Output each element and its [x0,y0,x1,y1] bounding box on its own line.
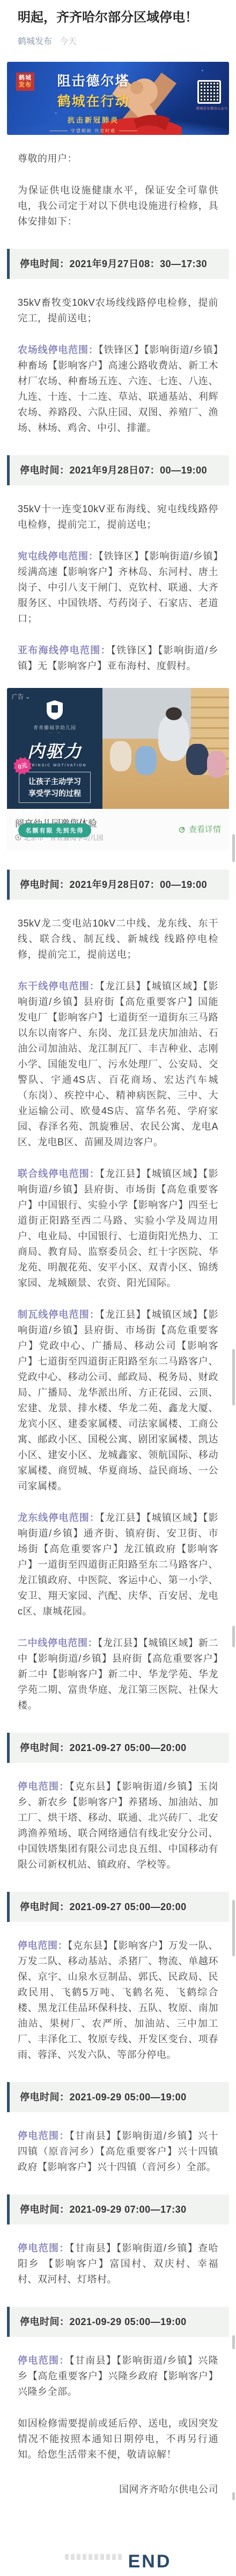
range-lead-10: 停电范围： [18,1940,68,1951]
closing-paragraph: 如因检修需要提前或延后停、送电，或因突发情况不能按照本通知日期停电，不再另行通知… [18,2416,218,2463]
outage-range-4: 东干线停电范围：【龙江县】【城镇区域】【影响街道/乡镇】县府街【高危重要客户】国… [18,979,218,1150]
outage-time-1: 停电时间：2021年9月27日08：30—17:30 [7,249,229,279]
outage-range-10: 停电范围：【克东县】【影响客户】万发一队、万发二队、移动基站、杀猪厂、物流、单越… [18,1938,218,2063]
watermark [65,2554,124,2560]
outage-time-6: 停电时间：2021-09-29 05:00—19:00 [7,2082,229,2112]
range-lead-1: 农场线停电范围： [18,345,99,355]
banner-image[interactable]: 鹤城 发布 阻击德尔塔 鹤城在行动 抗击新冠肺炎 守望相助 共克时艰 鹤城发布微… [7,62,229,135]
ad-brand-sub: — · — [7,731,102,735]
range-lead-11: 停电范围： [18,2130,70,2141]
photo-child-1 [110,741,131,771]
outage-time-8: 停电时间：2021-09-29 05:00—19:00 [7,2307,229,2337]
ad-tag[interactable]: 广告 ⌄ [12,692,30,701]
outage-range-6: 制瓦线停电范围：【龙江县】【城镇区域】【影响街道/乡镇】县府街、市场街【高危重要… [18,1307,218,1494]
range-body-6: 【龙江县】【城镇区域】【影响街道/乡镇】县府街、市场街【高危重要客户】党政中心、… [18,1309,218,1491]
outage-range-2: 宛屯线停电范围：【铁锋区】【影响街道/乡镇】绥满高速【影响客户】齐林岛、东河村、… [18,549,218,627]
photo-teacher-hair [166,707,182,720]
range-lead-4: 东干线停电范围： [18,981,100,992]
page-title: 明起，齐齐哈尔部分区域停电！ [18,9,218,27]
view-details-link[interactable]: 查看详情 [179,823,221,835]
banner-badge-line2: 发布 [19,82,32,89]
publish-time: 今天 [60,37,77,46]
range-lead-7: 龙东线停电范围： [18,1512,100,1523]
link-icon [179,826,186,833]
range-lead-8: 二中线停电范围： [18,1638,98,1648]
ad-box-line1: 让孩子主动学习 [21,776,88,787]
outage-range-11: 停电范围：【甘南县】【影响街道/乡镇】兴十四镇（原音河乡）【高危重要客户】兴十四… [18,2128,218,2175]
outage-time-2: 停电时间：2021年9月28日07：00—19:00 [7,455,229,485]
ad-image[interactable]: 广告 ⌄ 青青藤阅享幼儿园 — · — 内驱力 INTRINSIC MOTIVA… [7,688,229,809]
banner-headline-2: 鹤城在行动 [42,91,144,110]
outage-range-8: 二中线停电范围：【龙江县】【城镇区域】新二中【影响街道/乡镇】县府街【高危重要客… [18,1635,218,1713]
banner-subtitle: 抗击新冠肺炎 [42,114,144,125]
range-body-2: 【铁锋区】【影响街道/乡镇】绥满高速【影响客户】齐林岛、东河村、唐土岗子、中引八… [18,551,218,624]
ad-photo [102,688,229,809]
outage-time-5: 停电时间：2021-09-27 05:00—20:00 [7,1892,229,1922]
work-description-3: 35kV龙二变电站10kV二中线、龙东线、东干线、联合线、制瓦线、新城线 线路停… [18,916,218,963]
scrollbar-thumb[interactable] [232,2492,235,2500]
range-lead-6: 制瓦线停电范围： [18,1309,100,1320]
shield-logo-icon [46,700,64,720]
photo-teacher [158,715,189,761]
range-body-9: 【克东县】【影响街道/乡镇】玉岗乡、新农乡【影响客户】养猪场、加油站、加工厂、烘… [18,1781,218,1870]
range-lead-12: 停电范围： [18,2243,70,2254]
photo-child-4 [207,751,226,778]
end-label: END [128,2551,172,2572]
ad-brand-name: 青青藤阅享幼儿园 [7,724,102,731]
banner-badge-line1: 鹤城 [19,75,32,81]
range-body-8: 【龙江县】【城镇区域】新二中【影响街道/乡镇】县府街【高危重要客户】新二中【影响… [18,1638,218,1711]
outage-range-5: 联合线停电范围：【龙江县】【城镇区域】【影响街道/乡镇】县府街、市场街【高危重要… [18,1166,218,1291]
ad-left-panel: 广告 ⌄ 青青藤阅享幼儿园 — · — 内驱力 INTRINSIC MOTIVA… [7,688,102,809]
outage-time-7: 停电时间：2021-09-29 07:00—17:30 [7,2194,229,2225]
scrollbar-thumb[interactable] [232,1900,235,1956]
outage-range-9: 停电范围：【克东县】【影响街道/乡镇】玉岗乡、新农乡【影响客户】养猪场、加油站、… [18,1779,218,1872]
work-description-2: 35kV十一连变10kV亚布海线、宛屯线线路停电检修，提前完工，提前送电； [18,501,218,533]
range-body-7: 【龙江县】【城镇区域】【影响街道/乡镇】通齐街、镇府街、安卫街、市场街【高危重要… [18,1512,218,1617]
qr-code-icon [197,80,221,104]
range-body-5: 【龙江县】【城镇区域】【影响街道/乡镇】县府街、市场街【高危重要客户】中国银行、… [18,1168,218,1288]
ad-text-box: 让孩子主动学习 享受学习的过程 [19,772,91,803]
banner-text: 阻击德尔塔 鹤城在行动 抗击新冠肺炎 守望相助 共克时艰 [42,70,144,134]
photo-child-3 [186,744,209,775]
scrollbar-thumb[interactable] [232,834,235,862]
range-body-10: 【克东县】【影响客户】万发一队、万发二队、移动基站、杀猪厂、物流、单越环保、京宇… [18,1940,218,2060]
ad-card[interactable]: 广告 ⌄ 青青藤阅享幼儿园 — · — 内驱力 INTRINSIC MOTIVA… [7,688,229,850]
range-lead-5: 联合线停电范围： [18,1168,100,1179]
salutation: 尊敬的用户： [18,151,218,167]
range-lead-13: 停电范围： [18,2355,70,2366]
banner-qr-block: 鹤城发布微信公众号 [196,80,222,111]
outage-range-3: 亚布海线停电范围：【铁锋区】【影响街道/乡镇】无【影响客户】亚布海村、度假村。 [18,643,218,674]
banner-headline-1: 阻击德尔塔 [42,70,144,90]
ad-slogan: 体验内驱力教育的魅力 [7,807,102,818]
outage-range-1: 农场线停电范围：【铁锋区】【影响街道/乡镇】种畜场【影响客户】高速公路收费站、新… [18,342,218,436]
photo-child-2 [135,746,157,775]
article-end: END [0,2551,236,2572]
signature: 国网齐齐哈尔供电公司 [18,2482,218,2498]
byline: 鹤城发布今天 [18,34,218,47]
banner-logo-badge: 鹤城 发布 [16,73,34,91]
outage-time-4: 停电时间：2021-09-27 05:00—20:00 [7,1733,229,1763]
account-name-link[interactable]: 鹤城发布 [18,37,52,46]
outage-range-13: 停电范围：【甘南县】【影响街道/乡镇】兴隆乡【高危重要客户】兴隆乡政府【影响客户… [18,2353,218,2400]
qr-caption: 鹤城发布微信公众号 [196,106,222,111]
ad-box-line2: 享受学习的过程 [21,787,88,799]
range-lead-9: 停电范围： [18,1781,70,1792]
ad-pill-label: 名额有限 先到先得 [18,823,91,837]
outage-range-12: 停电范围：【甘南县】【影响街道/乡镇】查哈阳乡 【影响客户】富国村、双庆村、幸福… [18,2241,218,2287]
scrollbar-thumb[interactable] [232,1349,235,1405]
range-lead-3: 亚布海线停电范围： [18,645,111,656]
intro-paragraph: 为保证供电设施健康水平，保证安全可靠供电，我公司定于对以下供电设施进行检修，具体… [18,183,218,229]
range-body-4: 【龙江县】【城镇区域】【影响街道/乡镇】县府街【高危重要客户】国能发电厂【影响客… [18,981,218,1147]
range-lead-2: 宛屯线停电范围： [18,551,99,562]
scrollbar-thumb[interactable] [232,2335,235,2349]
work-description-1: 35kV畜牧变10kV农场线线路停电检修，提前完工，提前送电； [18,295,218,326]
range-body-1: 【铁锋区】【影响街道/乡镇】种畜场【影响客户】高速公路收费站、新工木材厂农场、种… [18,345,218,433]
outage-range-7: 龙东线停电范围：【龙江县】【城镇区域】【影响街道/乡镇】通齐街、镇府街、安卫街、… [18,1510,218,1619]
outage-time-3: 停电时间：2021年9月28日07：00—19:00 [7,870,229,900]
banner-motto: 守望相助 共克时艰 [42,128,144,134]
article-page: 明起，齐齐哈尔部分区域停电！ 鹤城发布今天 鹤城 发布 阻击德尔塔 鹤城在行动 … [0,0,236,2576]
scrollbar-thumb[interactable] [232,1626,235,1647]
